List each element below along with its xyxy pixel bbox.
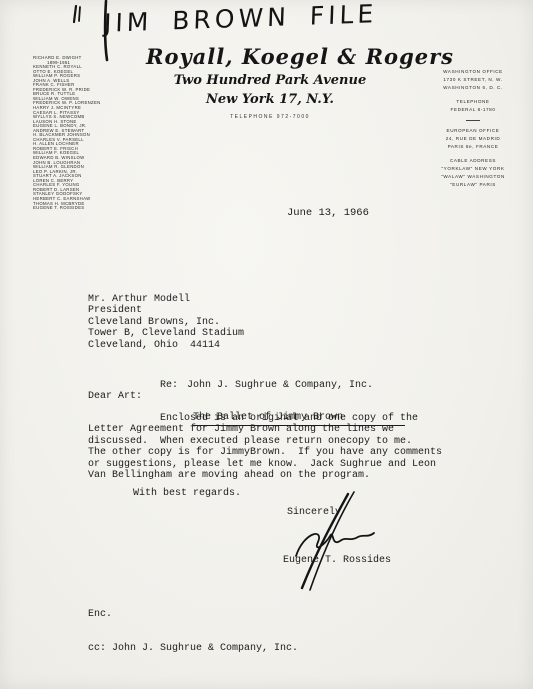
divider	[466, 120, 480, 121]
office-line: "YORKLAW" NEW YORK	[424, 165, 522, 173]
recipient-line: Mr. Arthur Modell	[88, 294, 244, 305]
office-line: WASHINGTON OFFICE	[424, 68, 522, 76]
recipient-line: President	[88, 305, 244, 316]
firm-address-line1: Two Hundred Park Avenue	[146, 73, 394, 88]
letterhead: Royall, Koegel & Rogers Two Hundred Park…	[146, 44, 394, 120]
body-line: Enclosed is an original and one copy of …	[88, 413, 442, 424]
cc-line: cc: John J. Sughrue & Company, Inc.	[88, 643, 298, 655]
enclosure-block: Enc. cc: John J. Sughrue & Company, Inc.	[88, 587, 298, 677]
recipient-line: Cleveland, Ohio 44114	[88, 340, 244, 351]
signature-scribble	[262, 490, 392, 595]
closing-line: With best regards.	[133, 488, 241, 499]
offices-column: WASHINGTON OFFICE1730 K STREET, N. W.WAS…	[424, 68, 522, 195]
attorney-names: KENNETH C. ROYALLOTTO E. KOEGELWILLIAM P…	[33, 65, 138, 211]
scanned-letter-page: JIM BROWN FILE RICHARD E. DWIGHT 1899-19…	[0, 0, 533, 689]
firm-telephone: TELEPHONE 972-7000	[146, 114, 394, 120]
office-line: "EURLAW" PARIS	[424, 181, 522, 189]
office-line: PARIS 8e, FRANCE	[424, 143, 522, 151]
office-line: CABLE ADDRESS	[424, 157, 522, 165]
recipient-line: Cleveland Browns, Inc.	[88, 317, 244, 328]
re-subject-line1: John J. Sughrue & Company, Inc.	[187, 380, 373, 391]
attorney-name: EUGENE T. ROSSIDES	[33, 206, 138, 211]
body-line: discussed. When executed please return o…	[88, 436, 442, 447]
attorney-list: RICHARD E. DWIGHT 1899-1951 KENNETH C. R…	[33, 56, 138, 211]
firm-address-line2: New York 17, N.Y.	[146, 92, 394, 107]
body-line: or suggestions, please let me know. Jack…	[88, 459, 442, 470]
body-line: The other copy is for JimmyBrown. If you…	[88, 447, 442, 458]
european-office: EUROPEAN OFFICE24, RUE DE MADRIDPARIS 8e…	[424, 127, 522, 151]
enclosure-line: Enc.	[88, 609, 298, 621]
office-line: EUROPEAN OFFICE	[424, 127, 522, 135]
recipient-line: Tower B, Cleveland Stadium	[88, 328, 244, 339]
re-label: Re:	[160, 380, 178, 391]
body-line: Van Bellingham are moving ahead on the p…	[88, 470, 442, 481]
office-line: "WALAW" WASHINGTON	[424, 173, 522, 181]
firm-name: Royall, Koegel & Rogers	[146, 44, 394, 69]
cable-addresses: CABLE ADDRESS"YORKLAW" NEW YORK"WALAW" W…	[424, 157, 522, 189]
washington-telephone: TELEPHONEFEDERAL 8-1780	[424, 98, 522, 114]
recipient-address: Mr. Arthur ModellPresidentCleveland Brow…	[88, 294, 244, 351]
handwritten-note: JIM BROWN FILE	[104, 0, 378, 38]
signature-name: Eugene T. Rossides	[283, 555, 391, 566]
office-line: FEDERAL 8-1780	[424, 106, 522, 114]
office-line: 24, RUE DE MADRID	[424, 135, 522, 143]
letter-body: Enclosed is an original and one copy of …	[88, 413, 442, 481]
washington-office: WASHINGTON OFFICE1730 K STREET, N. W.WAS…	[424, 68, 522, 92]
letter-date: June 13, 1966	[287, 207, 369, 219]
salutation: Dear Art:	[88, 391, 142, 402]
body-line: Letter Agreement for Jimmy Brown along t…	[88, 424, 442, 435]
office-line: 1730 K STREET, N. W.	[424, 76, 522, 84]
office-line: TELEPHONE	[424, 98, 522, 106]
office-line: WASHINGTON 6, D. C.	[424, 84, 522, 92]
